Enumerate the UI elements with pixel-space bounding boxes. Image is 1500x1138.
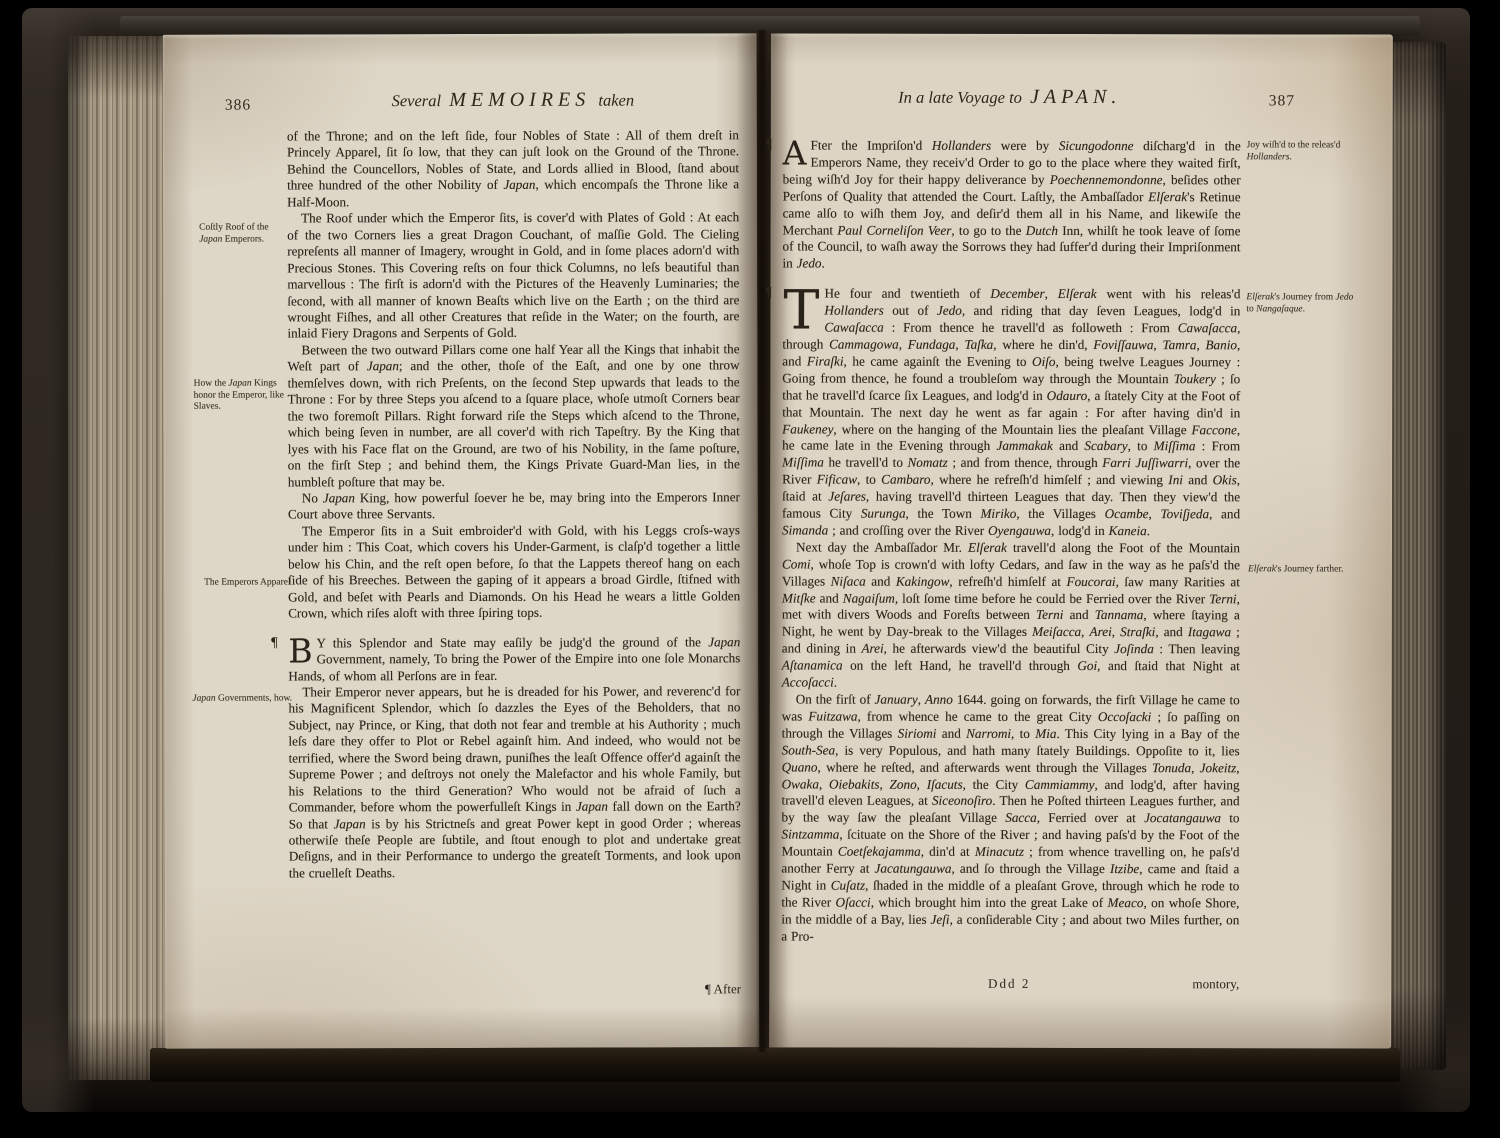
running-title-pre: In a late Voyage to <box>898 88 1022 107</box>
paragraph: The Roof under which the Emperor ſits, i… <box>287 210 739 343</box>
catchword-left: ¶ After <box>289 981 741 998</box>
paragraph-text: Y this Splendor and State may eaſily be … <box>288 634 740 683</box>
paragraph: Their Emperor never appears, but he is d… <box>288 683 741 882</box>
catchword-right: montory, <box>781 975 1239 992</box>
right-page: In a late Voyage to JAPAN. 387 Joy wiſh'… <box>769 33 1393 1048</box>
paragraph-text: Fter the Impriſon'd Hollanders were by S… <box>782 138 1240 271</box>
paragraph-section-start: ¶THe four and twentieth of December, Elſ… <box>782 286 1240 540</box>
pilcrow-mark: ¶ <box>271 635 277 651</box>
running-title-pre: Several <box>392 91 442 110</box>
running-title-caps: JAPAN. <box>1026 86 1125 108</box>
running-title-right: In a late Voyage to JAPAN. <box>783 85 1241 109</box>
running-title-left: Several MEMOIRES taken <box>287 88 739 112</box>
pilcrow-mark: ¶ <box>766 137 772 154</box>
fore-edge-pages-right <box>1390 42 1446 1070</box>
page-number-right: 387 <box>1269 92 1295 110</box>
paragraph: of the Throne; and on the left ſide, fou… <box>287 127 739 210</box>
pilcrow-mark: ¶ <box>765 286 771 303</box>
margin-note: Elſerak's Journey from Jedo to Nangaſaqu… <box>1246 292 1358 315</box>
paragraph: Between the two outward Pillars come one… <box>287 341 739 490</box>
margin-note: The Emperors Apparel <box>204 577 298 589</box>
left-page: 386 Several MEMOIRES taken Coſtly Roof o… <box>163 33 760 1049</box>
fore-edge-pages-left <box>68 36 166 1080</box>
paragraph-text: He four and twentieth of December, Elſer… <box>782 286 1240 538</box>
margin-note: Elſerak's Journey farther. <box>1248 564 1360 576</box>
text-column-left: of the Throne; and on the left ſide, fou… <box>287 127 741 882</box>
margin-note: Japan Governments, how. <box>192 693 292 705</box>
paragraph-section-start: ¶AFter the Impriſon'd Hollanders were by… <box>782 137 1240 273</box>
paragraph-section-start: ¶BY this Splendor and State may eaſily b… <box>288 634 740 685</box>
drop-cap: A <box>783 137 811 166</box>
paragraph: The Emperor ſits in a Suit embroider'd w… <box>288 522 740 622</box>
drop-cap: B <box>288 635 316 664</box>
text-column-right: ¶AFter the Impriſon'd Hollanders were by… <box>781 137 1240 945</box>
paragraph: On the firſt of January, Anno 1644. goin… <box>781 691 1239 945</box>
margin-note: How the Japan Kings honor the Emperor, l… <box>194 378 290 413</box>
running-title-caps: MEMOIRES <box>445 89 594 111</box>
paragraph: Next day the Ambaſſador Mr. Elſerak trav… <box>782 539 1240 692</box>
page-number-left: 386 <box>225 97 251 115</box>
paragraph: No Japan King, how powerful ſoever he be… <box>288 489 740 523</box>
drop-cap: T <box>782 286 824 333</box>
margin-note: Joy wiſh'd to the releas'd Hollanders. <box>1247 140 1359 163</box>
margin-note: Coſtly Roof of the Japan Emperors. <box>199 222 291 245</box>
book-bottom-page-edges <box>150 1048 1400 1082</box>
running-title-post: taken <box>598 91 634 110</box>
